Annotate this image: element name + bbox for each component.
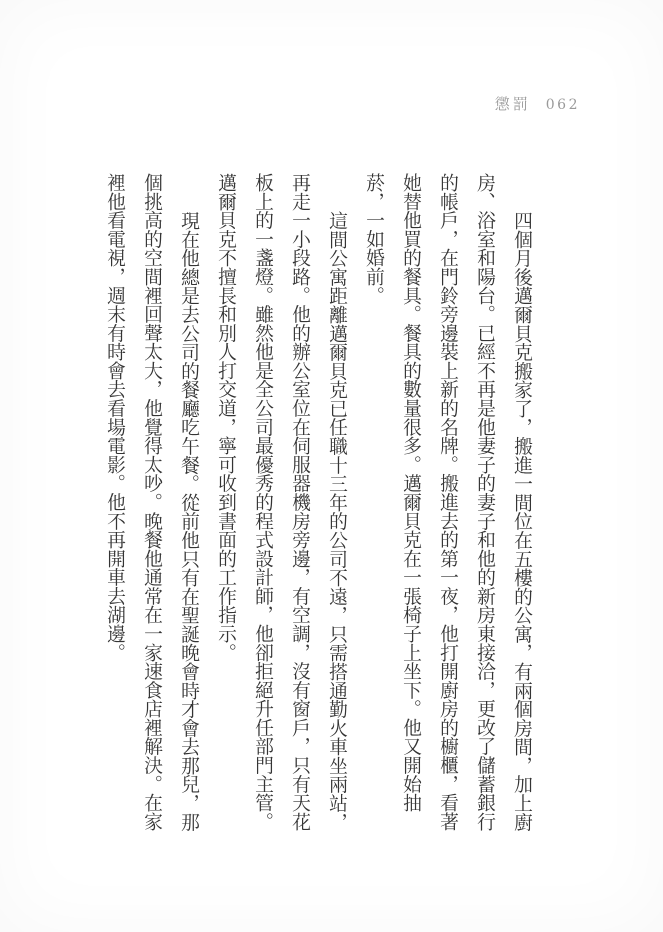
page-text: 四個月後邁爾貝克搬家了，搬進一間位在五樓的公寓，有兩個房間，加上廚房、浴室和陽台… [96,173,540,833]
running-header: 懲罰 062 [495,93,580,114]
paragraph: 這間公寓距離邁爾貝克已任職十三年的公司不遠，只需搭通勤火車坐兩站，再走一小段路。… [207,173,355,833]
chapter-title: 懲罰 [495,93,531,114]
page-number: 062 [546,97,580,113]
book-page: 懲罰 062 四個月後邁爾貝克搬家了，搬進一間位在五樓的公寓，有兩個房間，加上廚… [0,0,663,932]
paragraph: 四個月後邁爾貝克搬家了，搬進一間位在五樓的公寓，有兩個房間，加上廚房、浴室和陽台… [355,173,540,833]
paragraph: 現在他總是去公司的餐廳吃午餐。從前他只有在聖誕晚會時才會去那兒，那個挑高的空間裡… [96,173,207,833]
